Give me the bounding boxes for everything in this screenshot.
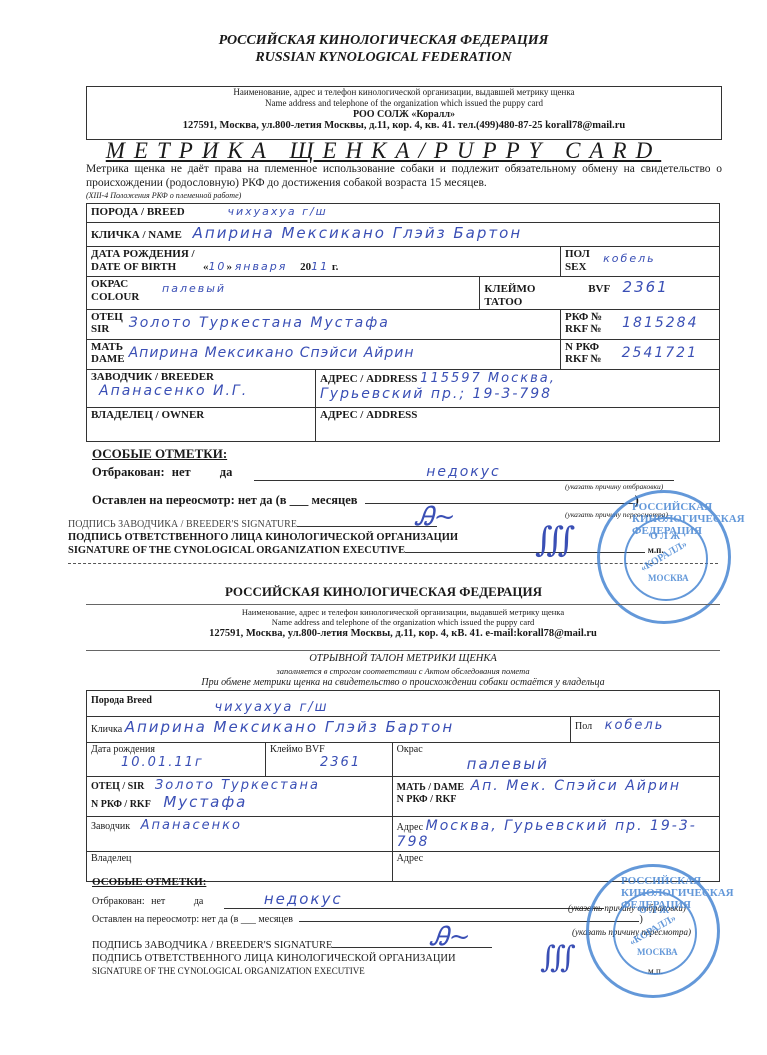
- stub-dob-value: 10.01.11г: [121, 755, 261, 770]
- org-address: 127591, Москва, ул.800-летия Москвы, д.1…: [87, 120, 721, 131]
- stub-titles: ОТРЫВНОЙ ТАЛОН МЕТРИКИ ЩЕНКА заполняется…: [86, 653, 720, 689]
- card-notice-reference: (XIII-4 Положения РКФ о племенной работе…: [86, 191, 241, 200]
- breeder-address-label: АДРЕС / ADDRESS: [320, 373, 417, 385]
- stub-review-row: Оставлен на переосмотр: нет да (в ___ ме…: [92, 914, 643, 925]
- colour-value: палевый: [162, 282, 226, 295]
- stub-colour-value: палевый: [467, 755, 715, 773]
- stub-owner-address-label: Адрес: [397, 853, 423, 864]
- stub-breeder-address-cell: Адрес Москва, Гурьевский пр. 19-3-798: [392, 817, 719, 852]
- exec-signature-scribble: ∭: [535, 520, 575, 560]
- stamp-outer-text: РОССИЙСКАЯ КИНОЛОГИЧЕСКАЯ ФЕДЕРАЦИЯ: [632, 501, 745, 537]
- stub-colour-cell: Окрас палевый: [392, 743, 719, 777]
- stub-org-address: 127591, Москва, ул.800-летия Москвы, д.1…: [86, 627, 720, 641]
- stub-dam-cell: МАТЬ / DAME Ап. Мек. Спэйси Айрин N РКФ …: [392, 777, 719, 817]
- sire-cell: ОТЕЦSIR Золото Туркестана Мустафа: [87, 310, 561, 340]
- sex-label-en: SEX: [565, 261, 586, 273]
- owner-label: ВЛАДЕЛЕЦ / OWNER: [91, 409, 204, 421]
- name-label: КЛИЧКА / NAME: [91, 229, 182, 241]
- sire-rkf-cell: РКФ №RKF № 1815284: [561, 310, 720, 340]
- special-marks-label: ОСОБЫЕ ОТМЕТКИ:: [92, 446, 227, 462]
- breeder-address-cell: АДРЕС / ADDRESS 115597 Москва, Гурьевски…: [316, 370, 720, 408]
- stub-breeder-address-label: Адрес: [397, 822, 423, 833]
- dob-year-suffix: 11: [311, 260, 329, 273]
- exec-signature-label-en: SIGNATURE OF THE CYNOLOGICAL ORGANIZATIO…: [68, 545, 405, 556]
- culled-no: нет: [172, 465, 191, 479]
- org-caption-en: Name address and telephone of the organi…: [87, 98, 721, 109]
- stub-breed-cell: Порода Breed чихуахуа г/ш: [87, 691, 720, 717]
- breeder-address-line1: 115597 Москва,: [420, 371, 556, 386]
- stub-breeder-value: Апанасенко: [141, 818, 242, 833]
- dam-cell: МАТЬDAME Апирина Мексикано Спэйси Айрин: [87, 340, 561, 370]
- stub-breeder-cell: Заводчик Апанасенко: [87, 817, 393, 852]
- stub-culled-yes: да: [194, 896, 204, 907]
- stub-sire-cell: ОТЕЦ / SIR Золото Туркестана N РКФ / RKF…: [87, 777, 393, 817]
- stub-name-cell: Кличка Апирина Мексикано Глэйз Бартон: [87, 717, 571, 743]
- breeder-label: ЗАВОДЧИК / BREEDER: [91, 371, 311, 383]
- sire-rkf-label-en: RKF №: [565, 323, 602, 335]
- stub-breed-label: Порода Breed: [91, 695, 152, 706]
- culled-yes: да: [220, 465, 233, 479]
- tattoo-label-en: TATOO: [484, 296, 715, 308]
- colour-cell: ОКРАС COLOUR палевый: [87, 277, 480, 310]
- org-caption-ru: Наименование, адрес и телефон кинологиче…: [87, 87, 721, 98]
- stub-subtitle1: заполняется в строгом соответствии с Акт…: [86, 665, 720, 677]
- org-name: РОО СОЛЖ «Коралл»: [87, 109, 721, 120]
- breeder-value: Апанасенко И.Г.: [99, 383, 311, 399]
- tattoo-value: 2361: [623, 278, 669, 296]
- sire-value: Золото Туркестана Мустафа: [129, 315, 390, 331]
- stub-sire-label: ОТЕЦ / SIR: [91, 781, 144, 792]
- puppy-card-table: ПОРОДА / BREED чихуахуа г/ш КЛИЧКА / NAM…: [86, 203, 720, 442]
- stub-sire-rkf-label: N РКФ / RKF: [91, 799, 151, 810]
- dob-month: января: [235, 260, 288, 273]
- stub-owner-label: Владелец: [91, 853, 131, 864]
- federation-en: RUSSIAN KYNOLOGICAL FEDERATION: [0, 49, 767, 66]
- stub-name-label: Кличка: [91, 724, 122, 735]
- colour-label-ru: ОКРАС: [91, 278, 475, 290]
- stub-breed-value: чихуахуа г/ш: [214, 700, 328, 715]
- sex-cell: ПОЛ SEX кобель: [561, 247, 720, 277]
- sire-label-ru: ОТЕЦ: [91, 311, 123, 323]
- dam-rkf-label-en: RKF №: [565, 353, 602, 365]
- stub-org-caption-ru: Наименование, адрес и телефон кинологиче…: [86, 607, 720, 617]
- stub-exec-signature-label-ru: ПОДПИСЬ ОТВЕТСТВЕННОГО ЛИЦА КИНОЛОГИЧЕСК…: [92, 953, 456, 964]
- stub-tattoo-label: Клеймо BVF: [270, 744, 388, 755]
- culled-value: недокус: [426, 464, 500, 480]
- review-label: Оставлен на переосмотр: нет да (в ___ ме…: [92, 493, 358, 507]
- name-value: Апирина Мексикано Глэйз Бартон: [193, 224, 522, 242]
- stub-colour-label: Окрас: [397, 744, 715, 755]
- dam-rkf-value: 2541721: [622, 345, 698, 361]
- stub-special-marks-label: ОСОБЫЕ ОТМЕТКИ:: [92, 876, 206, 888]
- dam-rkf-cell: N РКФRKF № 2541721: [561, 340, 720, 370]
- stub-breeder-address-value: Москва, Гурьевский пр. 19-3-798: [397, 818, 697, 850]
- tattoo-cell: КЛЕЙМО BVF 2361 TATOO: [480, 277, 720, 310]
- stub-subtitle2: При обмене метрики щенка на свидетельств…: [86, 677, 720, 689]
- tattoo-prefix: BVF: [588, 283, 610, 295]
- stub-breeder-label: Заводчик: [91, 821, 130, 832]
- stub-title: ОТРЫВНОЙ ТАЛОН МЕТРИКИ ЩЕНКА: [86, 653, 720, 665]
- puppy-card-title: МЕТРИКА ЩЕНКА/PUPPY CARD: [0, 138, 767, 164]
- stub-sex-label: Пол: [575, 721, 592, 732]
- stub-culled-value: недокус: [264, 890, 343, 908]
- dob-year-prefix: 20: [300, 261, 311, 273]
- card-notice: Метрика щенка не даёт права на племенное…: [86, 162, 722, 190]
- dam-value: Апирина Мексикано Спэйси Айрин: [129, 345, 415, 361]
- stub-tattoo-value: 2361: [320, 755, 388, 770]
- stub-name-value: Апирина Мексикано Глэйз Бартон: [125, 718, 454, 736]
- culled-label: Отбракован:: [92, 465, 165, 479]
- breed-label: ПОРОДА / BREED: [91, 206, 185, 218]
- stub-org-caption-en: Name address and telephone of the organi…: [86, 617, 720, 627]
- stub-sex-value: кобель: [605, 718, 665, 733]
- stub-exec-signature-scribble: ∭: [540, 940, 575, 975]
- colour-label-en: COLOUR: [91, 291, 139, 303]
- stub-dob-label: Дата рождения: [91, 744, 261, 755]
- stub-dob-cell: Дата рождения 10.01.11г: [87, 743, 266, 777]
- stub-breeder-signature-scribble: Ꭿ~: [430, 922, 471, 953]
- tattoo-label-ru: КЛЕЙМО: [484, 283, 535, 295]
- stub-culled-label: Отбракован:: [92, 896, 145, 907]
- stub-divider: [86, 650, 720, 651]
- federation-heading: РОССИЙСКАЯ КИНОЛОГИЧЕСКАЯ ФЕДЕРАЦИЯ RUSS…: [0, 32, 767, 66]
- dob-day: 10: [208, 260, 226, 273]
- stub-tattoo-cell: Клеймо BVF 2361: [266, 743, 393, 777]
- stub-exec-signature-label-en: SIGNATURE OF THE CYNOLOGICAL ORGANIZATIO…: [92, 966, 365, 976]
- stub-org-box: Наименование, адрес и телефон кинологиче…: [86, 604, 720, 641]
- exec-signature-label-ru: ПОДПИСЬ ОТВЕТСТВЕННОГО ЛИЦА КИНОЛОГИЧЕСК…: [68, 532, 458, 543]
- owner-address-label: АДРЕС / ADDRESS: [320, 409, 417, 421]
- stub-review-label: Оставлен на переосмотр: нет да (в ___ ме…: [92, 914, 293, 925]
- review-row: Оставлен на переосмотр: нет да (в ___ ме…: [92, 493, 639, 508]
- sire-label-en: SIR: [91, 323, 123, 335]
- owner-address-cell: АДРЕС / ADDRESS: [316, 408, 720, 442]
- dob-year-unit: г.: [332, 261, 339, 273]
- stub-dam-label: МАТЬ / DAME: [397, 782, 464, 793]
- dob-label-en: DATE OF BIRTH: [91, 261, 176, 273]
- stub-dam-value: Ап. Мек. Спэйси Айрин: [471, 778, 681, 794]
- dob-label-ru: ДАТА РОЖДЕНИЯ /: [91, 248, 556, 260]
- breeder-cell: ЗАВОДЧИК / BREEDER Апанасенко И.Г.: [87, 370, 316, 408]
- breeder-signature-scribble: Ꭿ~: [415, 502, 456, 533]
- stub-table: Порода Breed чихуахуа г/ш Кличка Апирина…: [86, 690, 720, 882]
- breed-value: чихуахуа г/ш: [228, 205, 328, 218]
- dob-cell: ДАТА РОЖДЕНИЯ / DATE OF BIRTH «10» январ…: [87, 247, 561, 277]
- sire-rkf-value: 1815284: [622, 315, 698, 331]
- stub-sire-value-line1: Золото Туркестана: [155, 778, 320, 793]
- name-row: КЛИЧКА / NAME Апирина Мексикано Глэйз Ба…: [87, 223, 720, 247]
- culled-row: Отбракован: нет да недокус: [92, 464, 712, 481]
- breeder-address-line2: Гурьевский пр.; 19-3-798: [320, 386, 715, 402]
- stub-culled-no: нет: [151, 896, 165, 907]
- stub-sire-value-line2: Мустафа: [163, 793, 247, 811]
- culled-hint: (указать причину отбраковки): [565, 482, 663, 491]
- issuing-organization-box: Наименование, адрес и телефон кинологиче…: [86, 86, 722, 140]
- breeder-signature-label: ПОДПИСЬ ЗАВОДЧИКА / BREEDER'S SIGNATURE: [68, 519, 297, 530]
- stub-breeder-signature-label: ПОДПИСЬ ЗАВОДЧИКА / BREEDER'S SIGNATURE: [92, 940, 332, 951]
- breed-row: ПОРОДА / BREED чихуахуа г/ш: [87, 204, 720, 223]
- owner-cell: ВЛАДЕЛЕЦ / OWNER: [87, 408, 316, 442]
- stub-sex-cell: Пол кобель: [571, 717, 720, 743]
- stub-federation: РОССИЙСКАЯ КИНОЛОГИЧЕСКАЯ ФЕДЕРАЦИЯ: [0, 584, 767, 600]
- sex-value: кобель: [603, 252, 655, 265]
- sire-rkf-label-ru: РКФ №: [565, 311, 602, 323]
- breeder-signature-row: ПОДПИСЬ ЗАВОДЧИКА / BREEDER'S SIGNATURE: [68, 519, 437, 530]
- dam-label-en: DAME: [91, 353, 125, 365]
- federation-ru: РОССИЙСКАЯ КИНОЛОГИЧЕСКАЯ ФЕДЕРАЦИЯ: [0, 32, 767, 49]
- dam-label-ru: МАТЬ: [91, 341, 125, 353]
- dam-rkf-label-ru: N РКФ: [565, 341, 602, 353]
- stub-dam-rkf-label: N РКФ / RKF: [397, 794, 715, 805]
- stub-organization-stamp: РОССИЙСКАЯ КИНОЛОГИЧЕСКАЯ ФЕДЕРАЦИЯ О Л …: [586, 864, 720, 998]
